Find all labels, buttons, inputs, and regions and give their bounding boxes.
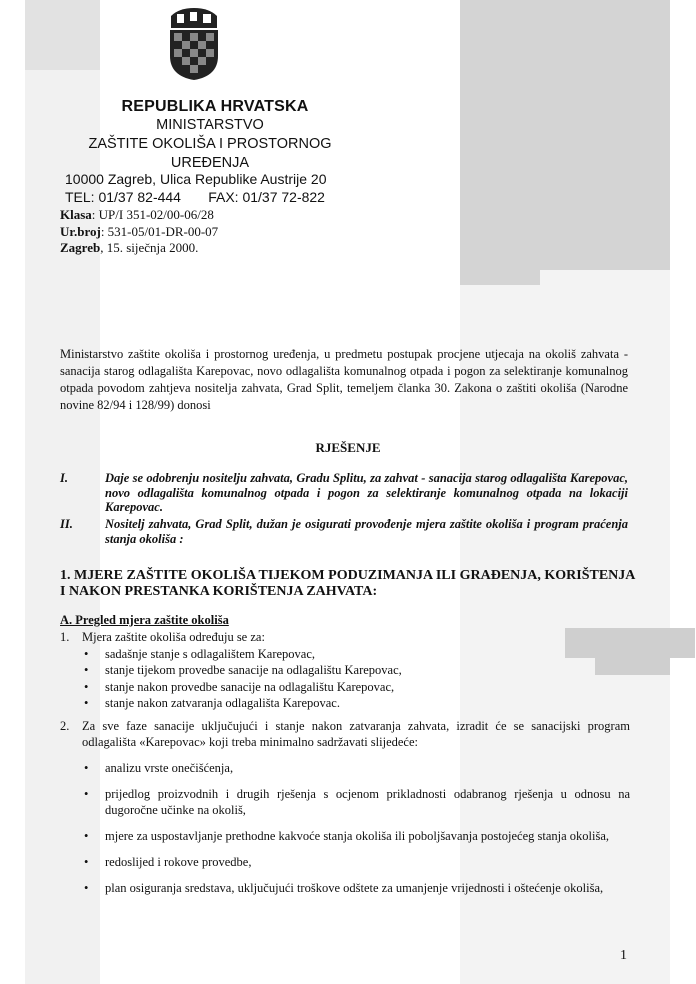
klasa-line: Klasa: UP/I 351-02/00-06/28 [60,207,218,224]
subsection-heading: A. Pregled mjera zaštite okoliša [60,613,229,628]
bullet-item: •stanje nakon zatvaranja odlagališta Kar… [105,695,640,712]
contact-line: TEL: 01/37 82-444 FAX: 01/37 72-822 [65,189,325,205]
bullet-item: •stanje nakon provedbe sanacije na odlag… [105,679,640,696]
decision-title: RJEŠENJE [0,440,696,456]
bullet-item: •sadašnje stanje s odlagalištem Karepova… [105,646,640,663]
reference-block: Klasa: UP/I 351-02/00-06/28 Ur.broj: 531… [60,207,218,257]
bullet-icon: • [84,854,88,870]
bullet-icon: • [84,760,88,776]
bullet-icon: • [84,828,88,844]
bullet-item: •analizu vrste onečišćenja, [105,760,630,776]
bullet-icon: • [84,695,88,712]
section-heading: 1. MJERE ZAŠTITE OKOLIŠA TIJEKOM PODUZIM… [60,568,640,600]
bullet-icon: • [84,646,88,663]
fax: FAX: 01/37 72-822 [208,189,325,205]
page-number: 1 [620,948,627,964]
phone: TEL: 01/37 82-444 [65,189,181,205]
bullet-icon: • [84,662,88,679]
bullet-icon: • [84,786,88,802]
list-item: 1. Mjera zaštite okoliša određuju se za: [60,629,640,646]
letterhead: REPUBLIKA HRVATSKA MINISTARSTVO ZAŠTITE … [60,98,360,173]
bullet-item: •stanje tijekom provedbe sanacije na odl… [105,662,640,679]
bullet-item: •redoslijed i rokove provedbe, [105,854,630,870]
bullet-item: •mjere za uspostavljanje prethodne kakvo… [105,828,630,844]
country-name: REPUBLIKA HRVATSKA [70,98,360,116]
document-page: REPUBLIKA HRVATSKA MINISTARSTVO ZAŠTITE … [0,0,696,984]
measures-list-2: 2. Za sve faze sanacije uključujući i st… [60,718,630,896]
intro-paragraph: Ministarstvo zaštite okoliša i prostorno… [60,346,628,414]
urbroj-line: Ur.broj: 531-05/01-DR-00-07 [60,224,218,241]
address: 10000 Zagreb, Ulica Republike Austrije 2… [65,170,327,189]
bullet-item: •prijedlog proizvodnih i drugih rješenja… [105,786,630,818]
measures-list-1: 1. Mjera zaštite okoliša određuju se za:… [60,629,640,712]
ministry-line-2: ZAŠTITE OKOLIŠA I PROSTORNOG [60,135,360,154]
date-line: Zagreb, 15. siječnja 2000. [60,240,218,257]
bullet-icon: • [84,679,88,696]
ministry-line-1: MINISTARSTVO [60,116,360,135]
list-item: 2. Za sve faze sanacije uključujući i st… [60,718,630,750]
coat-of-arms-icon [165,6,223,82]
bullet-item: •plan osiguranja sredstava, uključujući … [105,880,630,896]
bullet-icon: • [84,880,88,896]
